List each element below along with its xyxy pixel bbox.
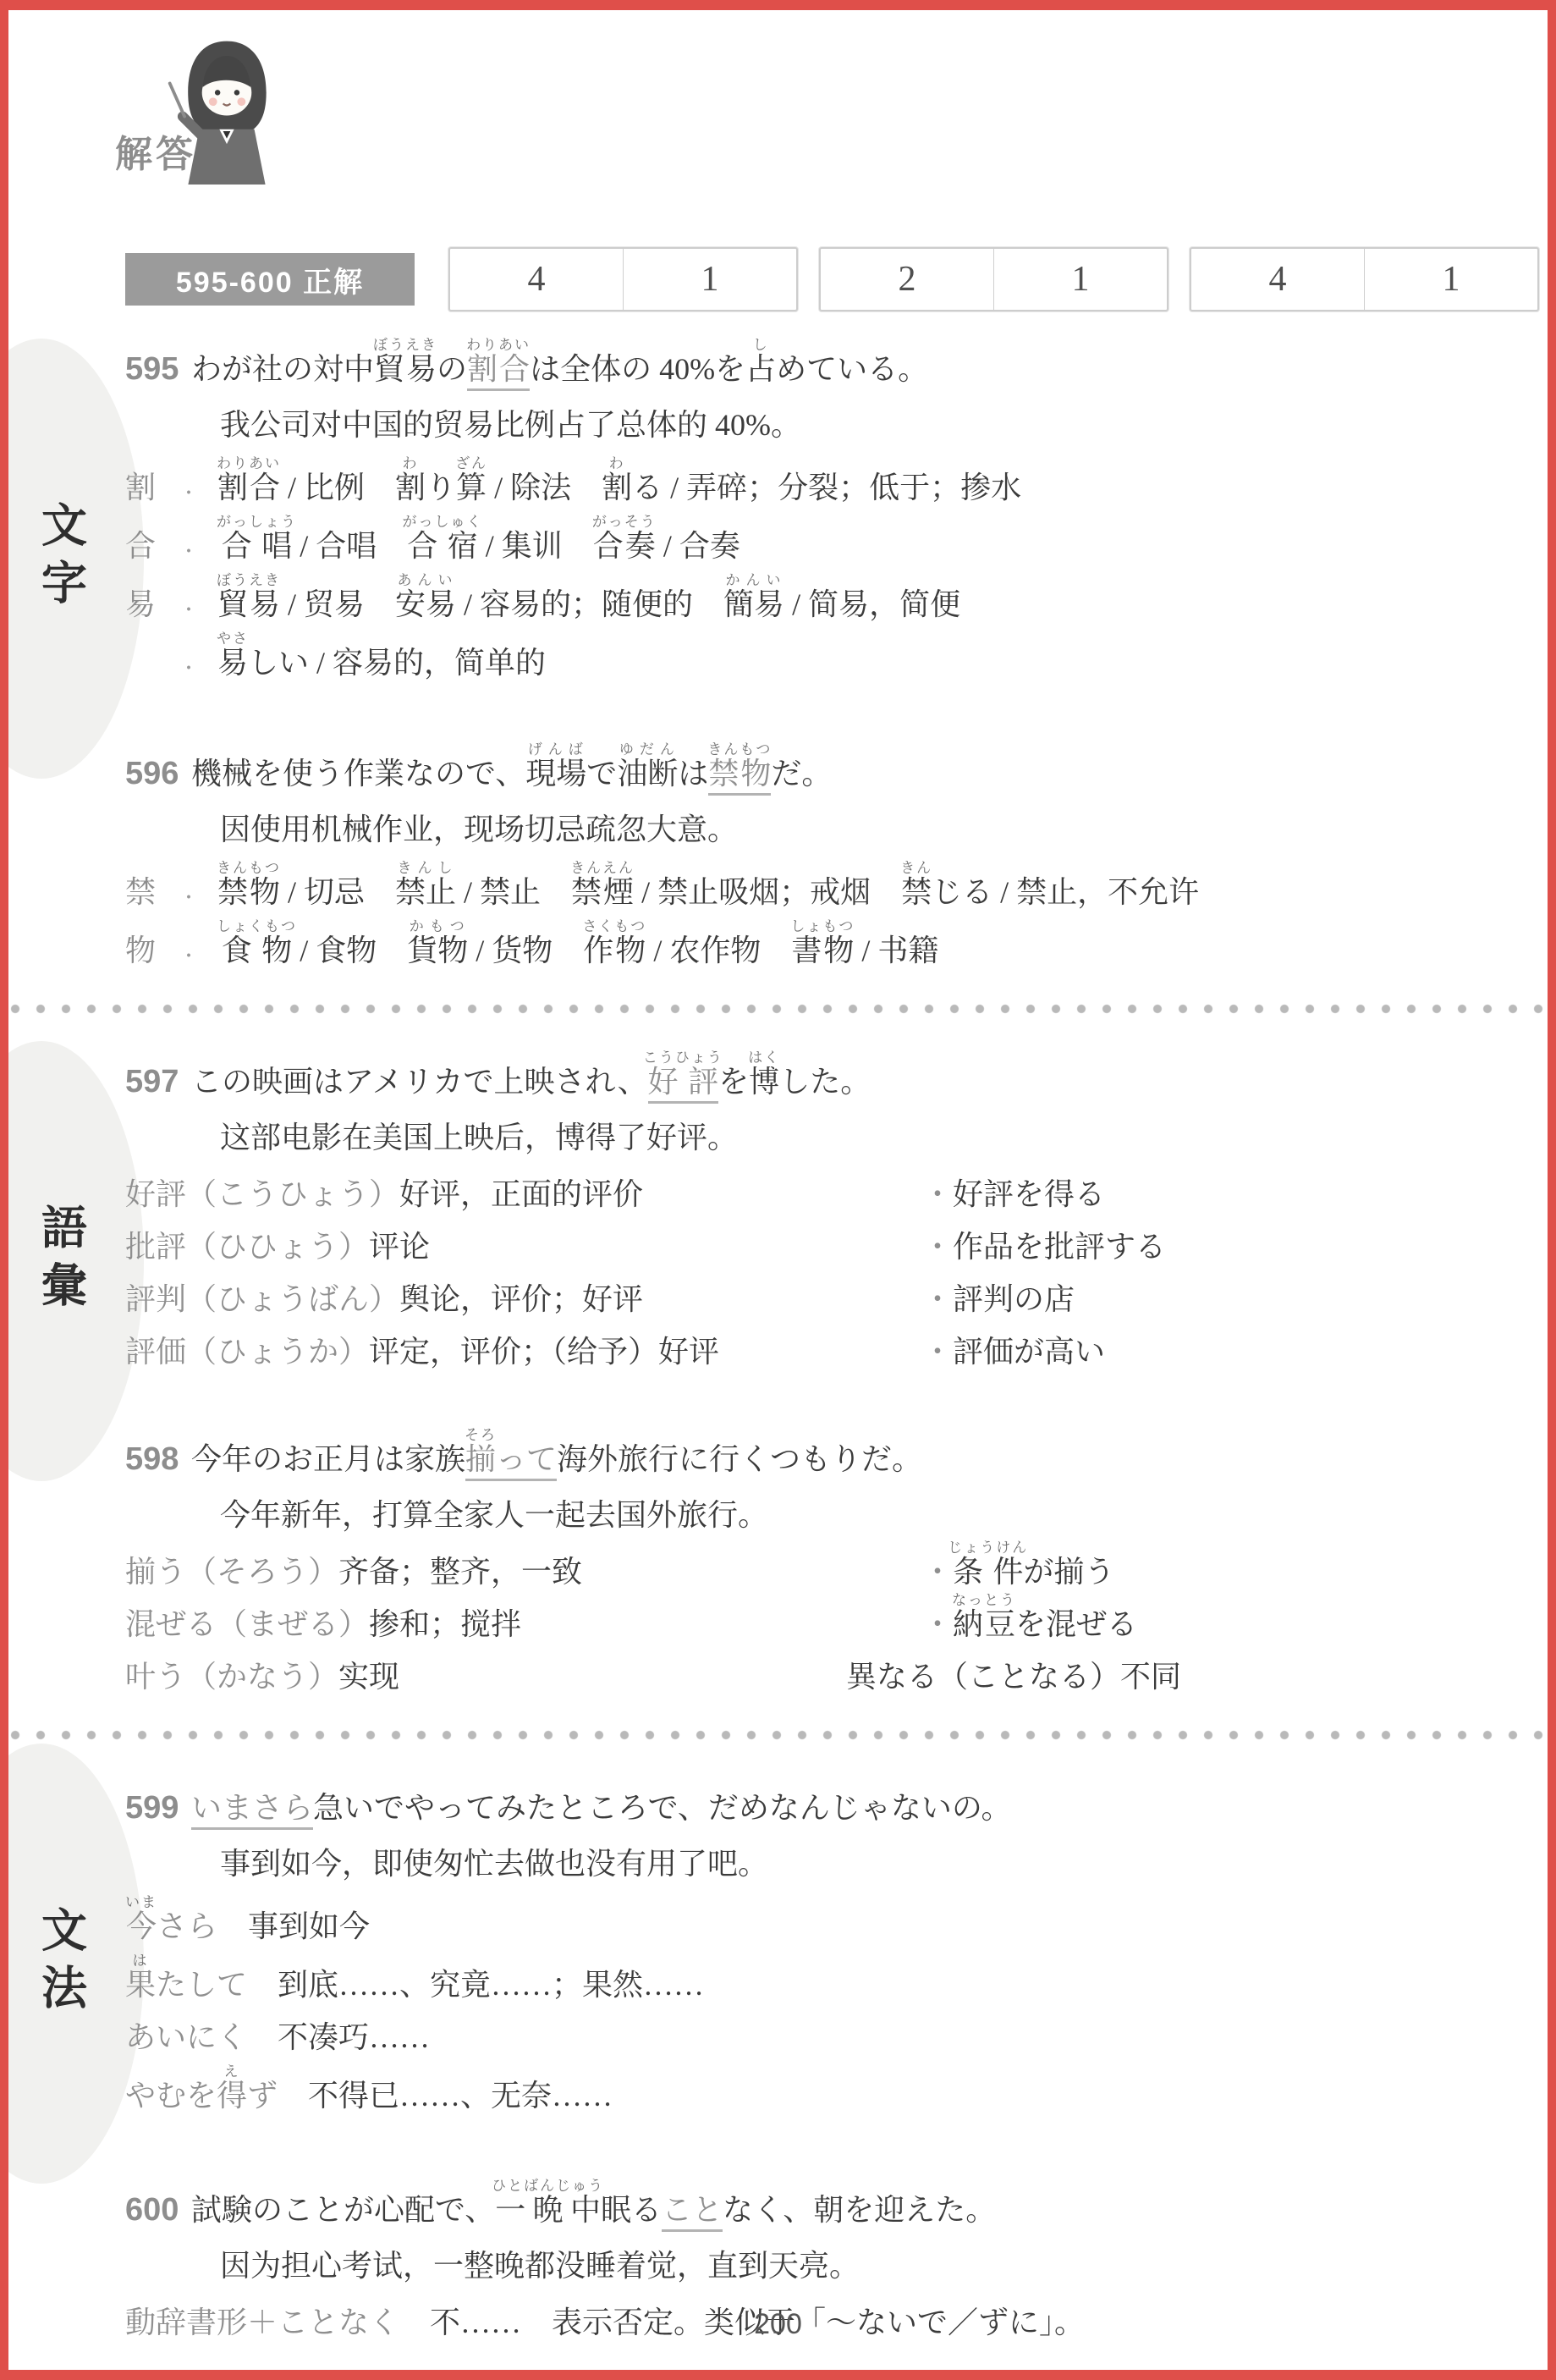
vocab-entry: 食物しょくもつ / 食物 貨物かもつ / 货物 作物さくもつ / 农作物 書物し… (217, 918, 938, 977)
tab-bunpou-label: 文法 (29, 1906, 94, 2021)
vocab-head-kanji: 合 (125, 520, 179, 572)
vocab-entry: 果はたして 到底……、究竟……；果然…… (125, 1953, 704, 2011)
tab-goi-label: 語彙 (29, 1204, 94, 1319)
answer-cell: 4 (450, 249, 623, 310)
vocab-row: 好評（こうひょう）好评，正面的评价・好評を得る (125, 1168, 1549, 1220)
answer-range-badge: 595-600 正解 (125, 253, 415, 306)
page: { "colors":{"frame_red":"#df4f4a","heade… (0, 0, 1556, 2380)
question-sentence: この映画はアメリカで上映され、好評こうひょうを博はくした。 (191, 1041, 871, 1107)
answer-cell: 2 (821, 249, 993, 310)
vocab-entry: 混ぜる（まぜる）掺和；搅拌 (125, 1598, 521, 1650)
answer-group-1: 4 1 (448, 247, 798, 311)
question-595: 595わが社の対中貿易ぼうえきの割合わりあいは全体の 40%を占しめている。我公… (125, 328, 1549, 689)
vocab-block: 禁・禁物きんもつ / 切忌 禁止きんし / 禁止 禁煙きんえん / 禁止吸烟；戒… (125, 860, 1549, 977)
question-number: 597 (125, 1056, 191, 1107)
vocab-entry: 叶う（かなう）实现 (125, 1650, 399, 1703)
bullet-icon: ・ (179, 537, 217, 572)
vocab-row: 評判（ひょうばん）舆论，评价；好评・評判の店 (125, 1273, 1549, 1325)
vocab-entry: あいにく 不凑巧…… (125, 2011, 430, 2063)
dotted-divider (8, 1002, 1548, 1016)
vocab-example: ・条件じょうけんが揃う (922, 1540, 1115, 1598)
answer-key-row: 595-600 正解 4 1 2 1 4 1 (125, 247, 1539, 311)
question-translation: 我公司对中国的贸易比例占了总体的 40%。 (220, 399, 1549, 450)
question-sentence: わが社の対中貿易ぼうえきの割合わりあいは全体の 40%を占しめている。 (191, 328, 928, 394)
question-translation: 这部电影在美国上映后，博得了好评。 (220, 1112, 1549, 1163)
vocab-entry: 批評（ひひょう）评论 (125, 1220, 430, 1273)
vocab-row: 割・割合わりあい / 比例 割わり算ざん / 除法 割わる / 弄碎；分裂；低于… (125, 455, 1549, 514)
question-line: 599いまさら急いでやってみたところで、だめなんじゃないの。 (125, 1767, 1549, 1833)
vocab-head-kanji: 易 (125, 578, 179, 631)
answer-cell: 4 (1191, 249, 1364, 310)
page-border-top (0, 0, 1556, 10)
question-line: 600試験のことが心配で、一晩中ひとばんじゅう眠ることなく、朝を迎えた。 (125, 2169, 1549, 2235)
vocab-entry: 評判（ひょうばん）舆论，评价；好评 (125, 1273, 643, 1325)
question-line: 597この映画はアメリカで上映され、好評こうひょうを博はくした。 (125, 1041, 1549, 1107)
tab-goi: 語彙 (0, 1041, 144, 1481)
vocab-row: やむを得えず 不得已……、无奈…… (125, 2063, 1549, 2122)
vocab-example: ・納豆なっとうを混ぜる (922, 1592, 1137, 1650)
vocab-row: 今いまさら 事到如今 (125, 1894, 1549, 1953)
question-sentence: いまさら急いでやってみたところで、だめなんじゃないの。 (191, 1767, 1012, 1833)
vocab-head-kanji: 物 (125, 924, 179, 977)
vocab-row: 混ぜる（まぜる）掺和；搅拌・納豆なっとうを混ぜる (125, 1598, 1549, 1650)
question-line: 598今年のお正月は家族揃そろって海外旅行に行くつもりだ。 (125, 1419, 1549, 1485)
vocab-row: 揃う（そろう）齐备；整齐，一致・条件じょうけんが揃う (125, 1545, 1549, 1598)
question-number: 600 (125, 2184, 191, 2235)
vocab-block: 揃う（そろう）齐备；整齐，一致・条件じょうけんが揃う混ぜる（まぜる）掺和；搅拌・… (125, 1545, 1549, 1703)
dotted-divider (8, 1728, 1548, 1742)
vocab-row: 果はたして 到底……、究竟……；果然…… (125, 1953, 1549, 2011)
vocab-row: 禁・禁物きんもつ / 切忌 禁止きんし / 禁止 禁煙きんえん / 禁止吸烟；戒… (125, 860, 1549, 918)
question-598: 598今年のお正月は家族揃そろって海外旅行に行くつもりだ。今年新年，打算全家人一… (125, 1419, 1549, 1703)
tab-moji-label: 文字 (29, 501, 94, 616)
vocab-example: ・好評を得る (922, 1168, 1105, 1220)
bullet-icon: ・ (179, 942, 217, 977)
question-line: 596機械を使う作業なので、現場げんばで油断ゆだんは禁物きんもつだ。 (125, 733, 1549, 799)
page-border-left (0, 0, 8, 2380)
vocab-entry: やむを得えず 不得已……、无奈…… (125, 2063, 613, 2122)
bullet-icon: ・ (179, 884, 217, 918)
vocab-head-kanji: 割 (125, 461, 179, 514)
question-number: 596 (125, 748, 191, 799)
question-translation: 今年新年，打算全家人一起去国外旅行。 (220, 1490, 1549, 1540)
vocab-entry: 評価（ひょうか）评定，评价；（给予）好评 (125, 1325, 719, 1378)
page-border-right (1548, 0, 1556, 2380)
page-number: 200 (0, 2308, 1556, 2341)
answer-group-3: 4 1 (1190, 247, 1539, 311)
answer-cell: 1 (623, 249, 796, 310)
vocab-row: 易・貿易ぼうえき / 贸易 安易あんい / 容易的；随便的 簡易かんい / 简易… (125, 572, 1549, 631)
vocab-entry: 易やさしい / 容易的，简单的 (217, 631, 546, 689)
vocab-entry: 割合わりあい / 比例 割わり算ざん / 除法 割わる / 弄碎；分裂；低于；掺… (217, 455, 1021, 514)
vocab-row: 評価（ひょうか）评定，评价；（给予）好评・評価が高い (125, 1325, 1549, 1378)
vocab-row: 物・食物しょくもつ / 食物 貨物かもつ / 货物 作物さくもつ / 农作物 書… (125, 918, 1549, 977)
vocab-example: 異なる（ことなる）不同 (846, 1650, 1181, 1703)
question-sentence: 試験のことが心配で、一晩中ひとばんじゅう眠ることなく、朝を迎えた。 (191, 2169, 996, 2235)
question-translation: 事到如今，即使匆忙去做也没有用了吧。 (220, 1838, 1549, 1889)
question-translation: 因使用机械作业，现场切忌疏忽大意。 (220, 804, 1549, 855)
vocab-head-kanji: 禁 (125, 866, 179, 918)
vocab-block: 割・割合わりあい / 比例 割わり算ざん / 除法 割わる / 弄碎；分裂；低于… (125, 455, 1549, 689)
question-translation: 因为担心考试，一整晚都没睡着觉，直到天亮。 (220, 2240, 1549, 2291)
question-sentence: 今年のお正月は家族揃そろって海外旅行に行くつもりだ。 (191, 1419, 922, 1485)
question-599: 599いまさら急いでやってみたところで、だめなんじゃないの。事到如今，即使匆忙去… (125, 1767, 1549, 2122)
tab-moji: 文字 (0, 339, 144, 779)
bullet-icon: ・ (179, 654, 217, 689)
page-border-bottom (0, 2370, 1556, 2380)
answer-cell: 1 (993, 249, 1167, 310)
question-596: 596機械を使う作業なので、現場げんばで油断ゆだんは禁物きんもつだ。因使用机械作… (125, 733, 1549, 977)
answer-group-2: 2 1 (819, 247, 1168, 311)
question-number: 598 (125, 1434, 191, 1485)
answer-cell: 1 (1364, 249, 1537, 310)
answer-section-label: 解答 (115, 124, 196, 178)
vocab-example: ・評価が高い (922, 1325, 1105, 1378)
vocab-block: 好評（こうひょう）好评，正面的评价・好評を得る批評（ひひょう）评论・作品を批評す… (125, 1168, 1549, 1378)
vocab-row: ・易やさしい / 容易的，简单的 (125, 631, 1549, 689)
vocab-entry: 好評（こうひょう）好评，正面的评价 (125, 1168, 643, 1220)
question-number: 595 (125, 344, 191, 394)
question-number: 599 (125, 1782, 191, 1833)
vocab-entry: 貿易ぼうえき / 贸易 安易あんい / 容易的；随便的 簡易かんい / 简易，简… (217, 572, 960, 631)
vocab-example: ・作品を批評する (922, 1220, 1166, 1273)
questions: 595わが社の対中貿易ぼうえきの割合わりあいは全体の 40%を占しめている。我公… (125, 328, 1549, 2349)
vocab-entry: 揃う（そろう）齐备；整齐，一致 (125, 1545, 582, 1598)
bullet-icon: ・ (179, 479, 217, 514)
question-line: 595わが社の対中貿易ぼうえきの割合わりあいは全体の 40%を占しめている。 (125, 328, 1549, 394)
vocab-entry: 合唱がっしょう / 合唱 合宿がっしゅく / 集训 合奏がっそう / 合奏 (217, 514, 740, 572)
question-sentence: 機械を使う作業なので、現場げんばで油断ゆだんは禁物きんもつだ。 (191, 733, 832, 799)
vocab-example: ・評判の店 (922, 1273, 1075, 1325)
vocab-entry: 禁物きんもつ / 切忌 禁止きんし / 禁止 禁煙きんえん / 禁止吸烟；戒烟 … (217, 860, 1199, 918)
vocab-row: 批評（ひひょう）评论・作品を批評する (125, 1220, 1549, 1273)
vocab-entry: 今いまさら 事到如今 (125, 1894, 370, 1953)
bullet-icon: ・ (179, 596, 217, 631)
vocab-block: 今いまさら 事到如今果はたして 到底……、究竟……；果然……あいにく 不凑巧……… (125, 1894, 1549, 2122)
tab-bunpou: 文法 (0, 1744, 144, 2184)
question-597: 597この映画はアメリカで上映され、好評こうひょうを博はくした。这部电影在美国上… (125, 1041, 1549, 1378)
vocab-row: 叶う（かなう）实现異なる（ことなる）不同 (125, 1650, 1549, 1703)
vocab-row: あいにく 不凑巧…… (125, 2011, 1549, 2063)
vocab-row: 合・合唱がっしょう / 合唱 合宿がっしゅく / 集训 合奏がっそう / 合奏 (125, 514, 1549, 572)
